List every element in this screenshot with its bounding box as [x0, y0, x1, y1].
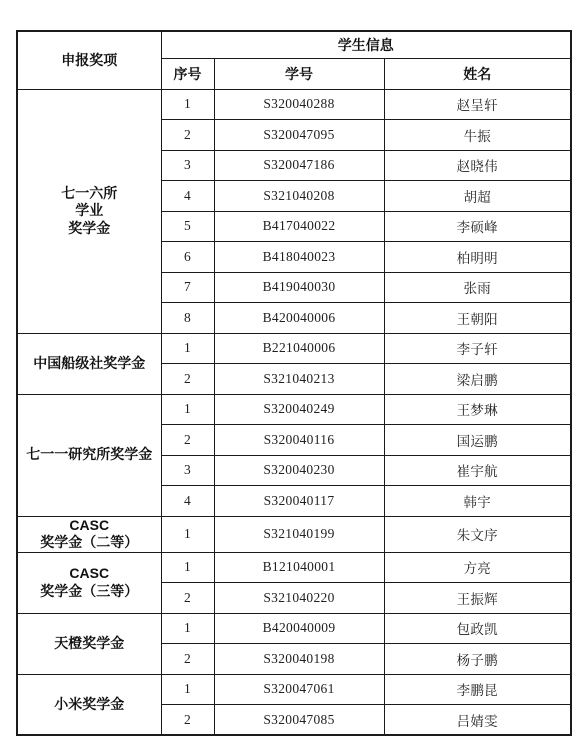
award-line: 奖学金（二等） — [18, 534, 161, 552]
award-line: 中国船级社奖学金 — [18, 355, 161, 373]
index-cell: 2 — [161, 120, 214, 151]
name-cell: 胡超 — [384, 181, 571, 212]
award-line: 七一六所 — [18, 185, 161, 203]
award-cell: 小米奖学金 — [17, 674, 161, 735]
award-cell: 中国船级社奖学金 — [17, 333, 161, 394]
index-cell: 2 — [161, 364, 214, 395]
table-header: 申报奖项 学生信息 序号 学号 姓名 — [17, 31, 571, 89]
student-id-cell: S320040117 — [214, 486, 384, 517]
index-cell: 6 — [161, 242, 214, 273]
name-cell: 赵呈轩 — [384, 89, 571, 120]
index-cell: 1 — [161, 552, 214, 583]
student-id-cell: S321040208 — [214, 181, 384, 212]
name-cell: 吕婧雯 — [384, 705, 571, 736]
name-cell: 赵晓伟 — [384, 150, 571, 181]
award-cell: CASC奖学金（二等） — [17, 516, 161, 552]
header-name: 姓名 — [384, 58, 571, 89]
table-row: 中国船级社奖学金1B221040006李子轩 — [17, 333, 571, 364]
index-cell: 1 — [161, 89, 214, 120]
name-cell: 梁启鹏 — [384, 364, 571, 395]
index-cell: 1 — [161, 394, 214, 425]
student-id-cell: B418040023 — [214, 242, 384, 273]
header-student-id: 学号 — [214, 58, 384, 89]
award-cell: 天橙奖学金 — [17, 613, 161, 674]
index-cell: 8 — [161, 303, 214, 334]
index-cell: 4 — [161, 486, 214, 517]
student-id-cell: S320040249 — [214, 394, 384, 425]
index-cell: 1 — [161, 613, 214, 644]
name-cell: 李鹏昆 — [384, 674, 571, 705]
award-line: 天橙奖学金 — [18, 635, 161, 653]
table-row: 七一一研究所奖学金1S320040249王梦琳 — [17, 394, 571, 425]
student-id-cell: S321040199 — [214, 516, 384, 552]
scholarship-table: 申报奖项 学生信息 序号 学号 姓名 七一六所学业奖学金1S320040288赵… — [16, 30, 572, 736]
name-cell: 李硕峰 — [384, 211, 571, 242]
index-cell: 3 — [161, 150, 214, 181]
student-id-cell: S320040198 — [214, 644, 384, 675]
student-id-cell: S321040220 — [214, 583, 384, 614]
student-id-cell: B417040022 — [214, 211, 384, 242]
index-cell: 7 — [161, 272, 214, 303]
student-id-cell: B221040006 — [214, 333, 384, 364]
name-cell: 韩宇 — [384, 486, 571, 517]
award-cell: 七一一研究所奖学金 — [17, 394, 161, 516]
name-cell: 崔宇航 — [384, 455, 571, 486]
header-student-info: 学生信息 — [161, 31, 571, 58]
name-cell: 杨子鹏 — [384, 644, 571, 675]
name-cell: 柏明明 — [384, 242, 571, 273]
student-id-cell: S321040213 — [214, 364, 384, 395]
award-line: 奖学金 — [18, 220, 161, 238]
index-cell: 2 — [161, 705, 214, 736]
student-id-cell: B121040001 — [214, 552, 384, 583]
name-cell: 牛振 — [384, 120, 571, 151]
name-cell: 李子轩 — [384, 333, 571, 364]
award-cell: CASC奖学金（三等） — [17, 552, 161, 613]
index-cell: 5 — [161, 211, 214, 242]
table-row: 小米奖学金1S320047061李鹏昆 — [17, 674, 571, 705]
award-line: 七一一研究所奖学金 — [18, 446, 161, 464]
name-cell: 张雨 — [384, 272, 571, 303]
student-id-cell: B420040006 — [214, 303, 384, 334]
name-cell: 国运鹏 — [384, 425, 571, 456]
index-cell: 2 — [161, 583, 214, 614]
header-award: 申报奖项 — [17, 31, 161, 89]
table-body: 七一六所学业奖学金1S320040288赵呈轩2S320047095牛振3S32… — [17, 89, 571, 735]
name-cell: 王梦琳 — [384, 394, 571, 425]
name-cell: 王振辉 — [384, 583, 571, 614]
header-row-1: 申报奖项 学生信息 — [17, 31, 571, 58]
index-cell: 3 — [161, 455, 214, 486]
student-id-cell: S320047095 — [214, 120, 384, 151]
index-cell: 1 — [161, 674, 214, 705]
student-id-cell: S320040230 — [214, 455, 384, 486]
award-line: 奖学金（三等） — [18, 583, 161, 601]
table-row: 七一六所学业奖学金1S320040288赵呈轩 — [17, 89, 571, 120]
name-cell: 朱文序 — [384, 516, 571, 552]
award-line: CASC — [18, 565, 161, 583]
student-id-cell: B420040009 — [214, 613, 384, 644]
student-id-cell: S320047085 — [214, 705, 384, 736]
award-line: CASC — [18, 517, 161, 535]
table-row: 天橙奖学金1B420040009包政凯 — [17, 613, 571, 644]
award-line: 学业 — [18, 202, 161, 220]
header-index: 序号 — [161, 58, 214, 89]
student-id-cell: S320040288 — [214, 89, 384, 120]
student-id-cell: S320040116 — [214, 425, 384, 456]
table-row: CASC奖学金（三等）1B121040001方亮 — [17, 552, 571, 583]
student-id-cell: S320047186 — [214, 150, 384, 181]
student-id-cell: B419040030 — [214, 272, 384, 303]
student-id-cell: S320047061 — [214, 674, 384, 705]
award-line: 小米奖学金 — [18, 696, 161, 714]
name-cell: 方亮 — [384, 552, 571, 583]
index-cell: 4 — [161, 181, 214, 212]
award-cell: 七一六所学业奖学金 — [17, 89, 161, 333]
index-cell: 2 — [161, 644, 214, 675]
name-cell: 包政凯 — [384, 613, 571, 644]
index-cell: 1 — [161, 516, 214, 552]
index-cell: 2 — [161, 425, 214, 456]
document-page: 申报奖项 学生信息 序号 学号 姓名 七一六所学业奖学金1S320040288赵… — [0, 0, 586, 747]
index-cell: 1 — [161, 333, 214, 364]
name-cell: 王朝阳 — [384, 303, 571, 334]
table-row: CASC奖学金（二等）1S321040199朱文序 — [17, 516, 571, 552]
